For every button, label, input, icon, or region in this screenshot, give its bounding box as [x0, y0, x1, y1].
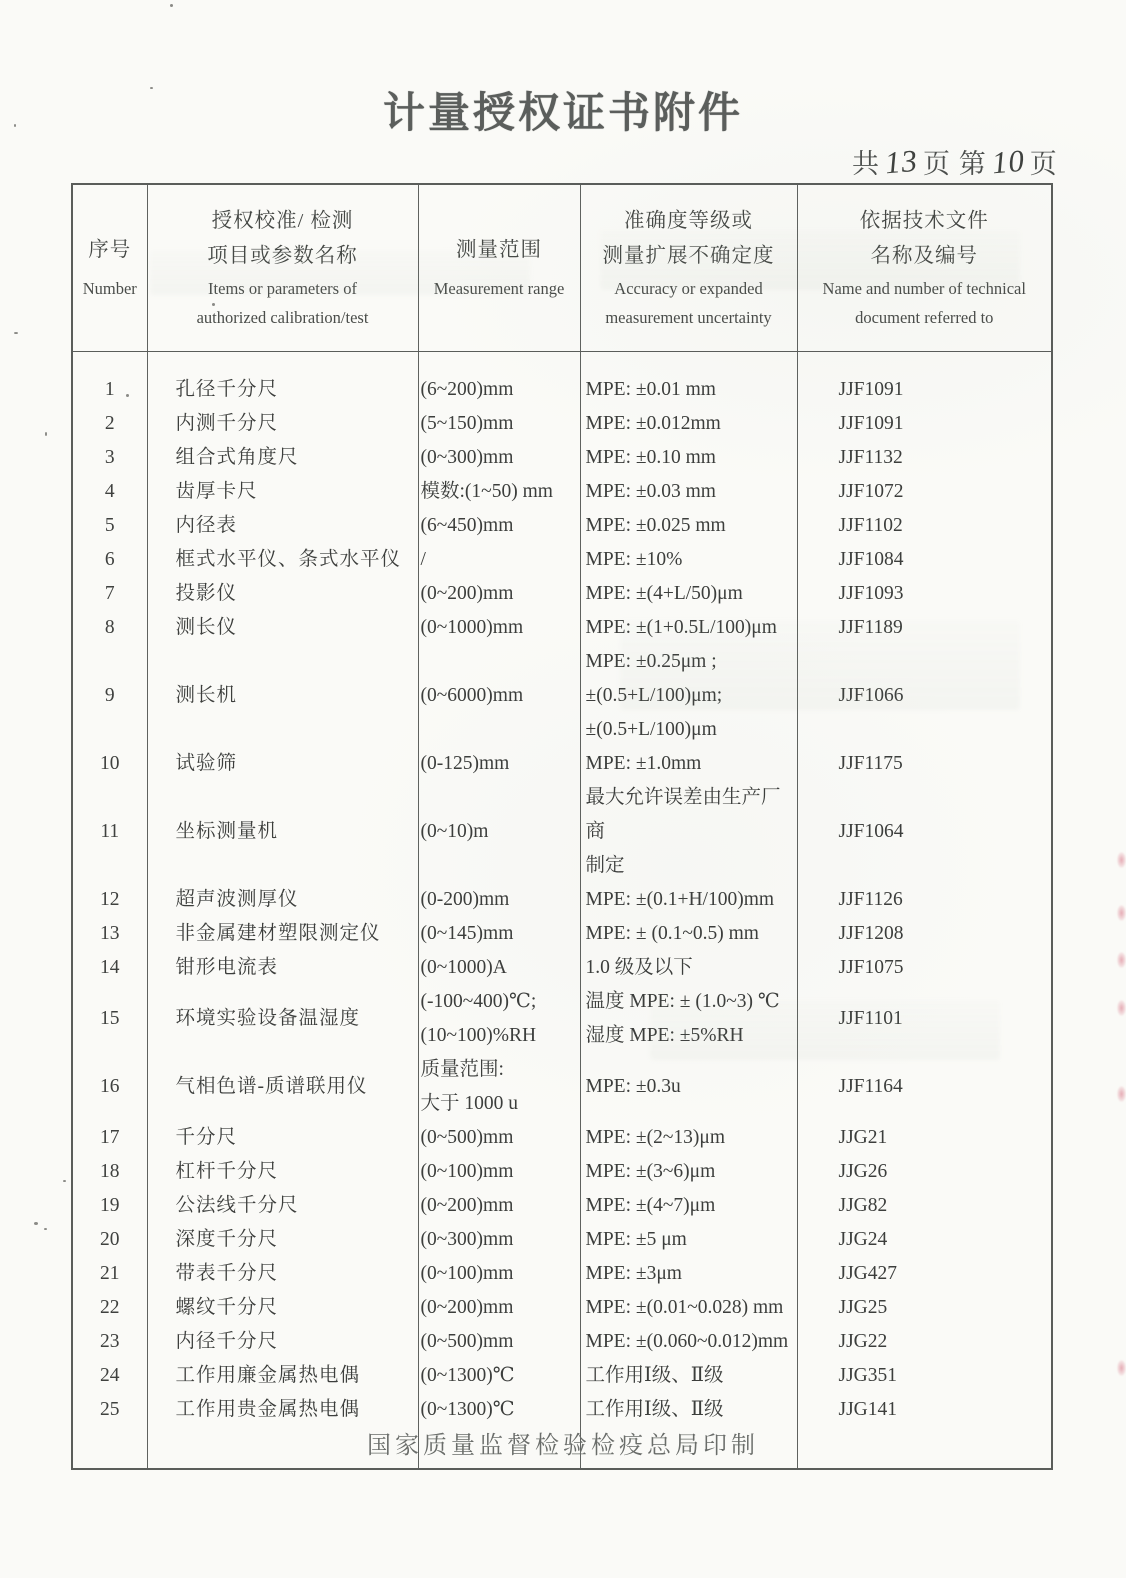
row-item: 试验筛: [147, 747, 418, 781]
row-number: 22: [72, 1291, 147, 1325]
red-bleed-mark: [1117, 1360, 1126, 1376]
row-range: (5~150)mm: [418, 407, 580, 441]
row-accuracy: MPE: ±(2~13)μm: [580, 1121, 797, 1155]
row-number: 4: [72, 475, 147, 509]
row-range: (0~300)mm: [418, 1223, 580, 1257]
table-spacer-top: [72, 352, 1052, 373]
row-item: 内径千分尺: [147, 1325, 418, 1359]
row-range: (0~100)mm: [418, 1155, 580, 1189]
row-range: (0~1300)℃: [418, 1359, 580, 1393]
scan-speck: [14, 332, 18, 334]
row-document: JJG351: [797, 1359, 1052, 1393]
row-document: JJG141: [797, 1393, 1052, 1427]
page-count-line: 共13页 第10页: [852, 142, 1058, 181]
page-total-unit: 页: [923, 149, 951, 179]
row-item: 超声波测厚仪: [147, 883, 418, 917]
red-bleed-mark: [1117, 952, 1126, 968]
row-document: JJF1091: [797, 373, 1052, 407]
header-document-en2: document referred to: [855, 303, 993, 332]
row-accuracy: MPE: ±(3~6)μm: [580, 1155, 797, 1189]
red-bleed-mark: [1117, 1000, 1126, 1016]
table-header: 序号 Number 授权校准/ 检测 项目或参数名称 Items or para…: [72, 184, 1052, 352]
row-document: JJG21: [797, 1121, 1052, 1155]
row-range: /: [418, 543, 580, 577]
table-row: 17 千分尺 (0~500)mm MPE: ±(2~13)μm JJG21: [72, 1121, 1052, 1155]
row-accuracy: MPE: ±0.03 mm: [580, 475, 797, 509]
row-item: 杠杆千分尺: [147, 1155, 418, 1189]
header-accuracy-zh1: 准确度等级或: [624, 204, 753, 239]
row-range: (0~145)mm: [418, 917, 580, 951]
row-item: 千分尺: [147, 1121, 418, 1155]
row-number: 23: [72, 1325, 147, 1359]
row-range: 质量范围: 大于 1000 u: [418, 1053, 580, 1121]
header-accuracy-en2: measurement uncertainty: [605, 303, 771, 332]
scan-speck: [150, 87, 153, 89]
header-range: 测量范围 Measurement range: [418, 184, 580, 352]
row-range: (0~1000)A: [418, 951, 580, 985]
row-range: (0~6000)mm: [418, 645, 580, 747]
table-row: 12 超声波测厚仪 (0-200)mm MPE: ±(0.1+H/100)mm …: [72, 883, 1052, 917]
row-item: 深度千分尺: [147, 1223, 418, 1257]
header-number-en: Number: [83, 274, 137, 303]
row-number: 19: [72, 1189, 147, 1223]
row-number: 18: [72, 1155, 147, 1189]
row-range: (0~1300)℃: [418, 1393, 580, 1427]
scan-speck: [34, 1222, 38, 1225]
row-accuracy: MPE: ±(4~7)μm: [580, 1189, 797, 1223]
row-document: JJG82: [797, 1189, 1052, 1223]
header-item-zh1: 授权校准/ 检测: [212, 204, 354, 239]
table-body: 1 孔径千分尺 (6~200)mm MPE: ±0.01 mm JJF1091 …: [72, 373, 1052, 1427]
row-item: 工作用廉金属热电偶: [147, 1359, 418, 1393]
row-document: JJG427: [797, 1257, 1052, 1291]
page-title: 计量授权证书附件: [0, 80, 1126, 140]
table-row: 18 杠杆千分尺 (0~100)mm MPE: ±(3~6)μm JJG26: [72, 1155, 1052, 1189]
header-document-en1: Name and number of technical: [823, 274, 1026, 303]
header-number-zh: 序号: [88, 233, 131, 268]
row-number: 20: [72, 1223, 147, 1257]
table-row: 1 孔径千分尺 (6~200)mm MPE: ±0.01 mm JJF1091: [72, 373, 1052, 407]
table-row: 16 气相色谱-质谱联用仪 质量范围: 大于 1000 u MPE: ±0.3u…: [72, 1053, 1052, 1121]
row-number: 6: [72, 543, 147, 577]
header-document-zh1: 依据技术文件: [860, 204, 989, 239]
row-number: 1: [72, 373, 147, 407]
scan-speck: [170, 4, 173, 7]
row-accuracy: MPE: ±0.01 mm: [580, 373, 797, 407]
header-number: 序号 Number: [72, 184, 147, 352]
table-row: 15 环境实验设备温湿度 (-100~400)℃; (10~100)%RH 温度…: [72, 985, 1052, 1053]
row-document: JJF1102: [797, 509, 1052, 543]
row-accuracy: MPE: ±(0.1+H/100)mm: [580, 883, 797, 917]
row-item: 公法线千分尺: [147, 1189, 418, 1223]
header-accuracy: 准确度等级或 测量扩展不确定度 Accuracy or expanded mea…: [580, 184, 797, 352]
table-row: 20 深度千分尺 (0~300)mm MPE: ±5 μm JJG24: [72, 1223, 1052, 1257]
row-document: JJF1064: [797, 781, 1052, 883]
table-row: 8 测长仪 (0~1000)mm MPE: ±(1+0.5L/100)μm JJ…: [72, 611, 1052, 645]
scan-speck: [45, 432, 47, 436]
table-row: 5 内径表 (6~450)mm MPE: ±0.025 mm JJF1102: [72, 509, 1052, 543]
row-item: 带表千分尺: [147, 1257, 418, 1291]
row-accuracy: 温度 MPE: ± (1.0~3) ℃ 湿度 MPE: ±5%RH: [580, 985, 797, 1053]
row-range: (0-125)mm: [418, 747, 580, 781]
scan-speck: [126, 394, 129, 397]
row-number: 14: [72, 951, 147, 985]
row-accuracy: 工作用Ⅰ级、Ⅱ级: [580, 1359, 797, 1393]
authorization-table: 序号 Number 授权校准/ 检测 项目或参数名称 Items or para…: [71, 183, 1053, 1470]
row-document: JJF1101: [797, 985, 1052, 1053]
row-item: 内测千分尺: [147, 407, 418, 441]
page-current-label: 第: [959, 149, 987, 179]
row-range: (0~200)mm: [418, 1189, 580, 1223]
row-number: 24: [72, 1359, 147, 1393]
row-number: 7: [72, 577, 147, 611]
row-document: JJF1066: [797, 645, 1052, 747]
row-range: (-100~400)℃; (10~100)%RH: [418, 985, 580, 1053]
red-bleed-mark: [1117, 852, 1126, 868]
row-item: 框式水平仪、条式水平仪: [147, 543, 418, 577]
header-document: 依据技术文件 名称及编号 Name and number of technica…: [797, 184, 1052, 352]
header-item-zh2: 项目或参数名称: [207, 239, 358, 274]
row-item: 组合式角度尺: [147, 441, 418, 475]
row-item: 投影仪: [147, 577, 418, 611]
row-number: 16: [72, 1053, 147, 1121]
header-item-en1: Items or parameters of: [208, 274, 357, 303]
table-row: 14 钳形电流表 (0~1000)A 1.0 级及以下 JJF1075: [72, 951, 1052, 985]
scan-speck: [212, 303, 215, 306]
row-document: JJF1132: [797, 441, 1052, 475]
table-row: 6 框式水平仪、条式水平仪 / MPE: ±10% JJF1084: [72, 543, 1052, 577]
row-range: (0~300)mm: [418, 441, 580, 475]
row-accuracy: MPE: ±(0.01~0.028) mm: [580, 1291, 797, 1325]
row-accuracy: MPE: ±(0.060~0.012)mm: [580, 1325, 797, 1359]
row-number: 12: [72, 883, 147, 917]
row-accuracy: MPE: ±1.0mm: [580, 747, 797, 781]
row-number: 15: [72, 985, 147, 1053]
row-number: 2: [72, 407, 147, 441]
row-range: (0~200)mm: [418, 577, 580, 611]
header-accuracy-zh2: 测量扩展不确定度: [603, 239, 775, 274]
row-item: 坐标测量机: [147, 781, 418, 883]
row-number: 11: [72, 781, 147, 883]
page-current-number: 10: [990, 143, 1026, 182]
row-accuracy: MPE: ±0.10 mm: [580, 441, 797, 475]
header-document-zh2: 名称及编号: [871, 239, 979, 274]
row-item: 内径表: [147, 509, 418, 543]
row-document: JJF1084: [797, 543, 1052, 577]
table-row: 19 公法线千分尺 (0~200)mm MPE: ±(4~7)μm JJG82: [72, 1189, 1052, 1223]
row-document: JJG26: [797, 1155, 1052, 1189]
row-document: JJG24: [797, 1223, 1052, 1257]
scan-speck: [63, 1180, 66, 1182]
row-number: 10: [72, 747, 147, 781]
row-item: 孔径千分尺: [147, 373, 418, 407]
table-row: 11 坐标测量机 (0~10)m 最大允许误差由生产厂商 制定 JJF1064: [72, 781, 1052, 883]
table-row: 21 带表千分尺 (0~100)mm MPE: ±3μm JJG427: [72, 1257, 1052, 1291]
row-range: (0~100)mm: [418, 1257, 580, 1291]
row-item: 齿厚卡尺: [147, 475, 418, 509]
table-row: 24 工作用廉金属热电偶 (0~1300)℃ 工作用Ⅰ级、Ⅱ级 JJG351: [72, 1359, 1052, 1393]
row-number: 25: [72, 1393, 147, 1427]
red-bleed-mark: [1117, 1086, 1126, 1102]
row-item: 测长仪: [147, 611, 418, 645]
table-row: 3 组合式角度尺 (0~300)mm MPE: ±0.10 mm JJF1132: [72, 441, 1052, 475]
row-document: JJF1091: [797, 407, 1052, 441]
header-range-zh: 测量范围: [456, 233, 542, 268]
row-number: 3: [72, 441, 147, 475]
row-range: 模数:(1~50) mm: [418, 475, 580, 509]
row-number: 17: [72, 1121, 147, 1155]
row-number: 9: [72, 645, 147, 747]
row-accuracy: MPE: ±0.025 mm: [580, 509, 797, 543]
row-range: (0~500)mm: [418, 1121, 580, 1155]
table-row: 10 试验筛 (0-125)mm MPE: ±1.0mm JJF1175: [72, 747, 1052, 781]
row-accuracy: MPE: ±(1+0.5L/100)μm: [580, 611, 797, 645]
row-item: 钳形电流表: [147, 951, 418, 985]
row-document: JJF1072: [797, 475, 1052, 509]
row-item: 气相色谱-质谱联用仪: [147, 1053, 418, 1121]
row-document: JJF1189: [797, 611, 1052, 645]
table-row: 23 内径千分尺 (0~500)mm MPE: ±(0.060~0.012)mm…: [72, 1325, 1052, 1359]
table-row: 25 工作用贵金属热电偶 (0~1300)℃ 工作用Ⅰ级、Ⅱ级 JJG141: [72, 1393, 1052, 1427]
table-row: 4 齿厚卡尺 模数:(1~50) mm MPE: ±0.03 mm JJF107…: [72, 475, 1052, 509]
row-accuracy: MPE: ±0.3u: [580, 1053, 797, 1121]
row-document: JJF1175: [797, 747, 1052, 781]
row-range: (0~500)mm: [418, 1325, 580, 1359]
row-document: JJF1126: [797, 883, 1052, 917]
row-accuracy: MPE: ±10%: [580, 543, 797, 577]
row-number: 5: [72, 509, 147, 543]
row-accuracy: MPE: ±3μm: [580, 1257, 797, 1291]
row-accuracy: 1.0 级及以下: [580, 951, 797, 985]
row-accuracy: 最大允许误差由生产厂商 制定: [580, 781, 797, 883]
row-accuracy: MPE: ±0.012mm: [580, 407, 797, 441]
header-accuracy-en1: Accuracy or expanded: [614, 274, 762, 303]
row-accuracy: MPE: ± (0.1~0.5) mm: [580, 917, 797, 951]
row-number: 21: [72, 1257, 147, 1291]
row-document: JJF1093: [797, 577, 1052, 611]
row-document: JJF1075: [797, 951, 1052, 985]
row-accuracy: 工作用Ⅰ级、Ⅱ级: [580, 1393, 797, 1427]
row-range: (0-200)mm: [418, 883, 580, 917]
row-number: 8: [72, 611, 147, 645]
header-range-en: Measurement range: [434, 274, 565, 303]
row-accuracy: MPE: ±0.25μm ; ±(0.5+L/100)μm; ±(0.5+L/1…: [580, 645, 797, 747]
row-range: (0~1000)mm: [418, 611, 580, 645]
red-bleed-mark: [1117, 905, 1126, 921]
page-total-number: 13: [883, 143, 919, 182]
row-item: 工作用贵金属热电偶: [147, 1393, 418, 1427]
row-document: JJF1164: [797, 1053, 1052, 1121]
row-document: JJF1208: [797, 917, 1052, 951]
header-item: 授权校准/ 检测 项目或参数名称 Items or parameters of …: [147, 184, 418, 352]
row-document: JJG25: [797, 1291, 1052, 1325]
table-row: 13 非金属建材塑限测定仪 (0~145)mm MPE: ± (0.1~0.5)…: [72, 917, 1052, 951]
table-row: 2 内测千分尺 (5~150)mm MPE: ±0.012mm JJF1091: [72, 407, 1052, 441]
row-item: 环境实验设备温湿度: [147, 985, 418, 1053]
issuer-footer: 国家质量监督检验检疫总局印制: [0, 1425, 1126, 1460]
table-row: 9 测长机 (0~6000)mm MPE: ±0.25μm ; ±(0.5+L/…: [72, 645, 1052, 747]
scan-speck: [44, 1228, 47, 1230]
row-item: 螺纹千分尺: [147, 1291, 418, 1325]
row-document: JJG22: [797, 1325, 1052, 1359]
row-range: (0~200)mm: [418, 1291, 580, 1325]
scanned-document-page: 计量授权证书附件 共13页 第10页 序号 Number 授权校准/ 检测 项目…: [0, 0, 1126, 1578]
row-range: (6~450)mm: [418, 509, 580, 543]
table-row: 7 投影仪 (0~200)mm MPE: ±(4+L/50)μm JJF1093: [72, 577, 1052, 611]
row-accuracy: MPE: ±(4+L/50)μm: [580, 577, 797, 611]
table-row: 22 螺纹千分尺 (0~200)mm MPE: ±(0.01~0.028) mm…: [72, 1291, 1052, 1325]
page-current-unit: 页: [1030, 149, 1058, 179]
row-item: 测长机: [147, 645, 418, 747]
row-accuracy: MPE: ±5 μm: [580, 1223, 797, 1257]
row-range: (6~200)mm: [418, 373, 580, 407]
scan-speck: [14, 124, 16, 127]
row-number: 13: [72, 917, 147, 951]
row-item: 非金属建材塑限测定仪: [147, 917, 418, 951]
page-total-label: 共: [852, 149, 880, 179]
row-range: (0~10)m: [418, 781, 580, 883]
header-item-en2: authorized calibration/test: [197, 303, 369, 332]
